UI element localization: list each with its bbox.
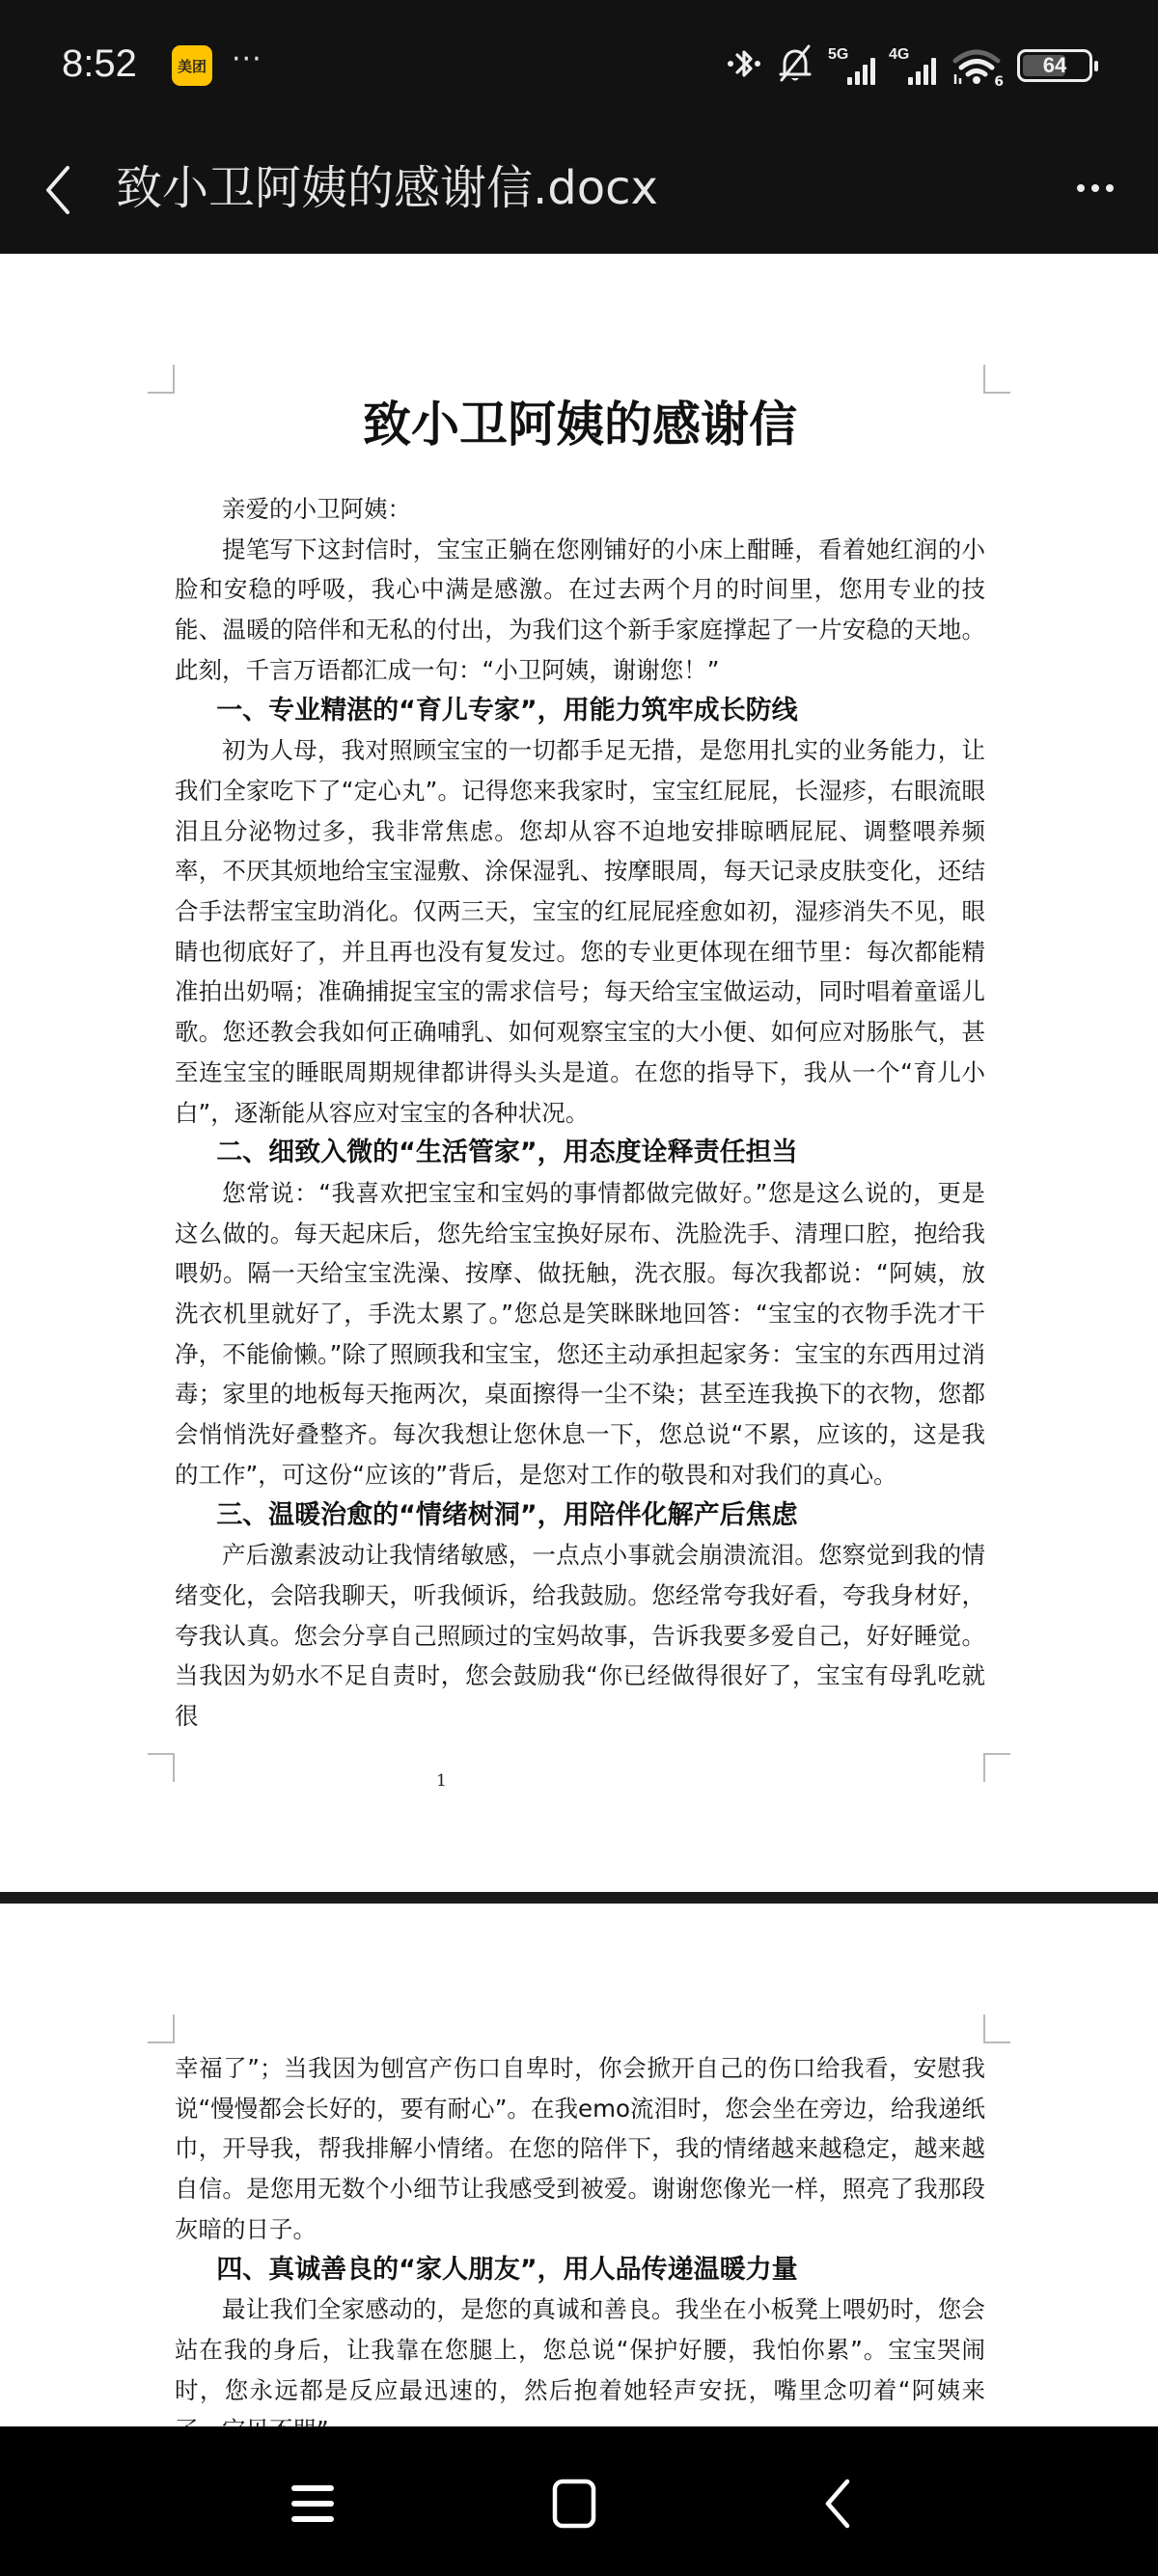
system-back-button[interactable] — [799, 2465, 876, 2542]
margin-corner-mark — [148, 2014, 175, 2043]
back-chevron-icon — [818, 2478, 857, 2530]
battery-icon: 64 — [1017, 49, 1092, 82]
greeting: 亲爱的小卫阿姨： — [175, 489, 985, 530]
silent-bell-icon — [776, 42, 814, 89]
section-4-paragraph: 最让我们全家感动的，是您的真诚和善良。我坐在小板凳上喂奶时，您会站在我的身后，让… — [175, 2289, 985, 2426]
home-button[interactable] — [536, 2465, 613, 2542]
margin-corner-mark — [983, 2014, 1010, 2043]
document-viewer[interactable]: 致小卫阿姨的感谢信 亲爱的小卫阿姨： 提笔写下这封信时，宝宝正躺在您刚铺好的小床… — [0, 254, 1158, 2426]
section-3-heading: 三、温暖治愈的“情绪树洞”，用陪伴化解产后焦虑 — [175, 1495, 985, 1536]
section-1-heading: 一、专业精湛的“育儿专家”，用能力筑牢成长防线 — [175, 691, 985, 731]
margin-corner-mark — [983, 1753, 1010, 1782]
chevron-left-icon — [35, 154, 83, 222]
4g-signal-icon: 4G — [889, 46, 936, 85]
margin-corner-mark — [983, 365, 1010, 394]
system-navigation-bar — [0, 2426, 1158, 2576]
page2-body: 幸福了”；当我因为刨宫产伤口自卑时，你会掀开自己的伤口给我看，安慰我说“慢慢都会… — [175, 2048, 985, 2426]
page-number: 1 — [436, 1771, 447, 1791]
page1-body: 亲爱的小卫阿姨： 提笔写下这封信时，宝宝正躺在您刚铺好的小床上酣睡，看着她红润的… — [175, 489, 985, 1737]
status-time: 8:52 — [62, 42, 137, 86]
wifi-badge: 6 — [994, 74, 1004, 90]
back-button[interactable] — [35, 154, 83, 222]
home-square-icon — [550, 2478, 598, 2530]
document-page-2: 幸福了”；当我因为刨宫产伤口自卑时，你会掀开自己的伤口给我看，安慰我说“慢慢都会… — [0, 1904, 1158, 2426]
status-icons: 5G 4G 6 64 — [726, 42, 1092, 89]
section-1-paragraph: 初为人母，我对照顾宝宝的一切都手足无措，是您用扎实的业务能力，让我们全家吃下了“… — [175, 730, 985, 1133]
menu-lines-icon — [289, 2480, 337, 2528]
document-title: 致小卫阿姨的感谢信 — [175, 396, 985, 453]
bluetooth-icon — [726, 44, 762, 87]
status-bar: 8:52 美团 ··· 5G — [0, 0, 1158, 125]
section-2-heading: 二、细致入微的“生活管家”，用态度诠释责任担当 — [175, 1133, 985, 1173]
meituan-notification-icon: 美团 — [172, 45, 212, 86]
title-bar: 致小卫阿姨的感谢信.docx — [0, 125, 1158, 254]
more-horizontal-icon — [1077, 184, 1085, 192]
margin-corner-mark — [148, 365, 175, 394]
5g-signal-icon: 5G — [828, 46, 875, 85]
margin-corner-mark — [148, 1753, 175, 1782]
section-4-heading: 四、真诚善良的“家人朋友”，用人品传递温暖力量 — [175, 2250, 985, 2290]
intro-paragraph: 提笔写下这封信时，宝宝正躺在您刚铺好的小床上酣睡，看着她红润的小脸和安稳的呼吸，… — [175, 530, 985, 691]
section-3-paragraph-continued: 幸福了”；当我因为刨宫产伤口自卑时，你会掀开自己的伤口给我看，安慰我说“慢慢都会… — [175, 2048, 985, 2250]
more-notifications-icon: ··· — [232, 42, 262, 76]
top-bar: 8:52 美团 ··· 5G — [0, 0, 1158, 254]
wifi-icon: 6 — [950, 45, 1004, 86]
recents-button[interactable] — [274, 2465, 351, 2542]
section-2-paragraph: 您常说：“我喜欢把宝宝和宝妈的事情都做完做好。”您是这么说的，更是这么做的。每天… — [175, 1173, 985, 1495]
document-page-1: 致小卫阿姨的感谢信 亲爱的小卫阿姨： 提笔写下这封信时，宝宝正躺在您刚铺好的小床… — [0, 254, 1158, 1892]
more-options-button[interactable] — [1061, 154, 1129, 222]
battery-level: 64 — [1022, 53, 1088, 78]
page-separator — [0, 1892, 1158, 1904]
section-3-paragraph: 产后激素波动让我情绪敏感，一点点小事就会崩溃流泪。您察觉到我的情绪变化，会陪我聊… — [175, 1535, 985, 1737]
document-file-name: 致小卫阿姨的感谢信.docx — [116, 154, 658, 222]
